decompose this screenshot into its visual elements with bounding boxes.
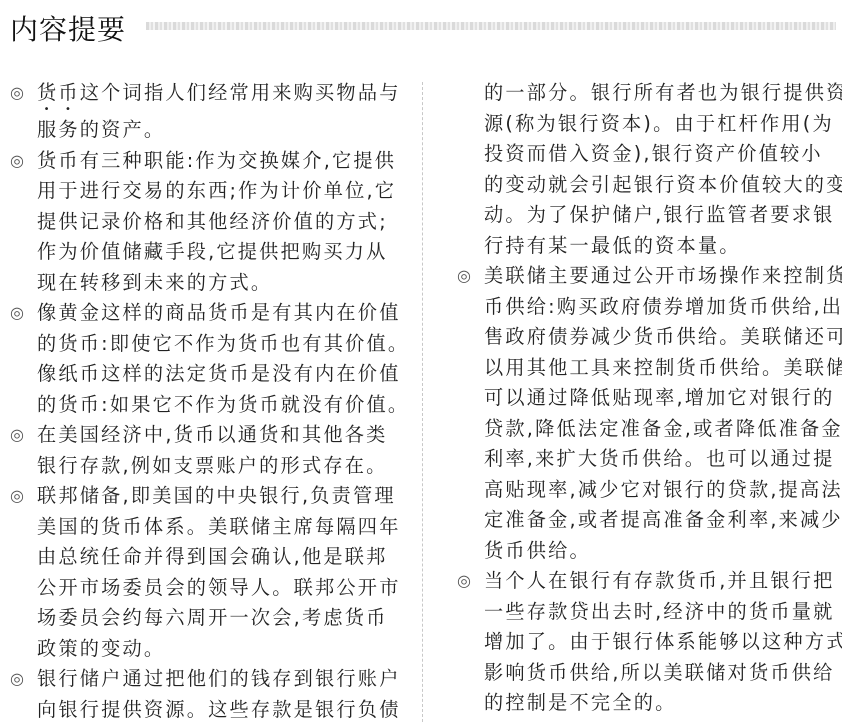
text-line: 这个词指人们经常用来购买物品与: [80, 81, 401, 104]
text-line: 银行储户通过把他们的钱存到银行账户: [37, 664, 400, 695]
text-line: 源(称为银行资本)。由于杠杆作用(为: [484, 109, 842, 140]
text-line: 用于进行交易的东西;作为计价单位,它: [37, 176, 400, 207]
summary-item: ◎ 货币有三种职能:作为交换媒介,它提供 用于进行交易的东西;作为计价单位,它 …: [10, 146, 400, 299]
text-line: 的货币:如果它不作为货币就没有价值。: [37, 390, 400, 421]
text-line: 银行存款,例如支票账户的形式存在。: [37, 451, 400, 482]
text-line: 一些存款贷出去时,经济中的货币量就: [484, 597, 842, 628]
double-circle-bullet-icon: ◎: [10, 481, 26, 512]
text-line: 高贴现率,减少它对银行的贷款,提高法: [484, 475, 842, 506]
text-line: 当个人在银行有存款货币,并且银行把: [484, 566, 842, 597]
text-line: 作为价值储藏手段,它提供把购买力从: [37, 237, 400, 268]
text-line: 行持有某一最低的资本量。: [484, 231, 842, 262]
text-line: 公开市场委员会的领导人。联邦公开市: [37, 573, 400, 604]
text-line: 美国的货币体系。美联储主席每隔四年: [37, 512, 400, 543]
double-circle-bullet-icon: ◎: [10, 146, 26, 177]
text-line: 贷款,降低法定准备金,或者降低准备金: [484, 414, 842, 445]
left-column: ◎ 货币这个词指人们经常用来购买物品与 服务的资产。 ◎ 货币有三种职能:作为交…: [10, 78, 400, 725]
summary-item: ◎ 联邦储备,即美国的中央银行,负责管理 美国的货币体系。美联储主席每隔四年 由…: [10, 481, 400, 664]
text-line: 售政府债券减少货币供给。美联储还可: [484, 322, 842, 353]
text-line: 政策的变动。: [37, 634, 400, 665]
text-line: 影响货币供给,所以美联储对货币供给: [484, 658, 842, 689]
text-line: 场委员会约每六周开一次会,考虑货币: [37, 603, 400, 634]
text-line: 由总统任命并得到国会确认,他是联邦: [37, 542, 400, 573]
text-line: 向银行提供资源。这些存款是银行负债: [37, 695, 400, 726]
summary-item: ◎ 美联储主要通过公开市场操作来控制货 币供给:购买政府债券增加货币供给,出 售…: [457, 261, 842, 566]
summary-item: ◎ 在美国经济中,货币以通货和其他各类 银行存款,例如支票账户的形式存在。: [10, 420, 400, 481]
double-circle-bullet-icon: ◎: [10, 78, 26, 109]
text-line: 服务的资产。: [37, 115, 400, 146]
text-line: 定准备金,或者提高准备金利率,来减少: [484, 505, 842, 536]
double-circle-bullet-icon: ◎: [457, 261, 473, 292]
text-line: 像黄金这样的商品货币是有其内在价值: [37, 298, 400, 329]
text-line: 可以通过降低贴现率,增加它对银行的: [484, 383, 842, 414]
double-circle-bullet-icon: ◎: [10, 298, 26, 329]
text-line: 动。为了保护储户,银行监管者要求银: [484, 200, 842, 231]
continued-item-text: 的一部分。银行所有者也为银行提供资 源(称为银行资本)。由于杠杆作用(为 投资而…: [457, 78, 842, 261]
text-line: 以用其他工具来控制货币供给。美联储: [484, 353, 842, 384]
text-line: 的一部分。银行所有者也为银行提供资: [484, 78, 842, 109]
text-line: 货币供给。: [484, 536, 842, 567]
double-circle-bullet-icon: ◎: [457, 566, 473, 597]
summary-item: ◎ 银行储户通过把他们的钱存到银行账户 向银行提供资源。这些存款是银行负债: [10, 664, 400, 725]
double-circle-bullet-icon: ◎: [10, 664, 26, 695]
title-decorative-rule: [146, 22, 836, 30]
summary-item: ◎ 货币这个词指人们经常用来购买物品与 服务的资产。: [10, 78, 400, 146]
summary-item: ◎ 像黄金这样的商品货币是有其内在价值 的货币:即使它不作为货币也有其价值。 像…: [10, 298, 400, 420]
text-line: 的变动就会引起银行资本价值较大的变: [484, 170, 842, 201]
text-line: 现在转移到未来的方式。: [37, 268, 400, 299]
text-line: 货币有三种职能:作为交换媒介,它提供: [37, 146, 400, 177]
text-line: 像纸币这样的法定货币是没有内在价值: [37, 359, 400, 390]
text-line: 的控制是不完全的。: [484, 688, 842, 719]
text-line: 的货币:即使它不作为货币也有其价值。: [37, 329, 400, 360]
text-line: 利率,来扩大货币供给。也可以通过提: [484, 444, 842, 475]
text-line: 美联储主要通过公开市场操作来控制货: [484, 261, 842, 292]
text-line: 币供给:购买政府债券增加货币供给,出: [484, 292, 842, 323]
text-line: 增加了。由于银行体系能够以这种方式: [484, 627, 842, 658]
summary-item: ◎ 当个人在银行有存款货币,并且银行把 一些存款贷出去时,经济中的货币量就 增加…: [457, 566, 842, 719]
text-line: 在美国经济中,货币以通货和其他各类: [37, 420, 400, 451]
double-circle-bullet-icon: ◎: [10, 420, 26, 451]
right-column: 的一部分。银行所有者也为银行提供资 源(称为银行资本)。由于杠杆作用(为 投资而…: [457, 78, 842, 719]
page-title: 内容提要: [10, 8, 126, 48]
column-divider: [422, 82, 423, 722]
emphasized-term: 货币: [37, 81, 80, 104]
text-line: 提供记录价格和其他经济价值的方式;: [37, 207, 400, 238]
text-line: 联邦储备,即美国的中央银行,负责管理: [37, 481, 400, 512]
text-line: 投资而借入资金),银行资产价值较小: [484, 139, 842, 170]
